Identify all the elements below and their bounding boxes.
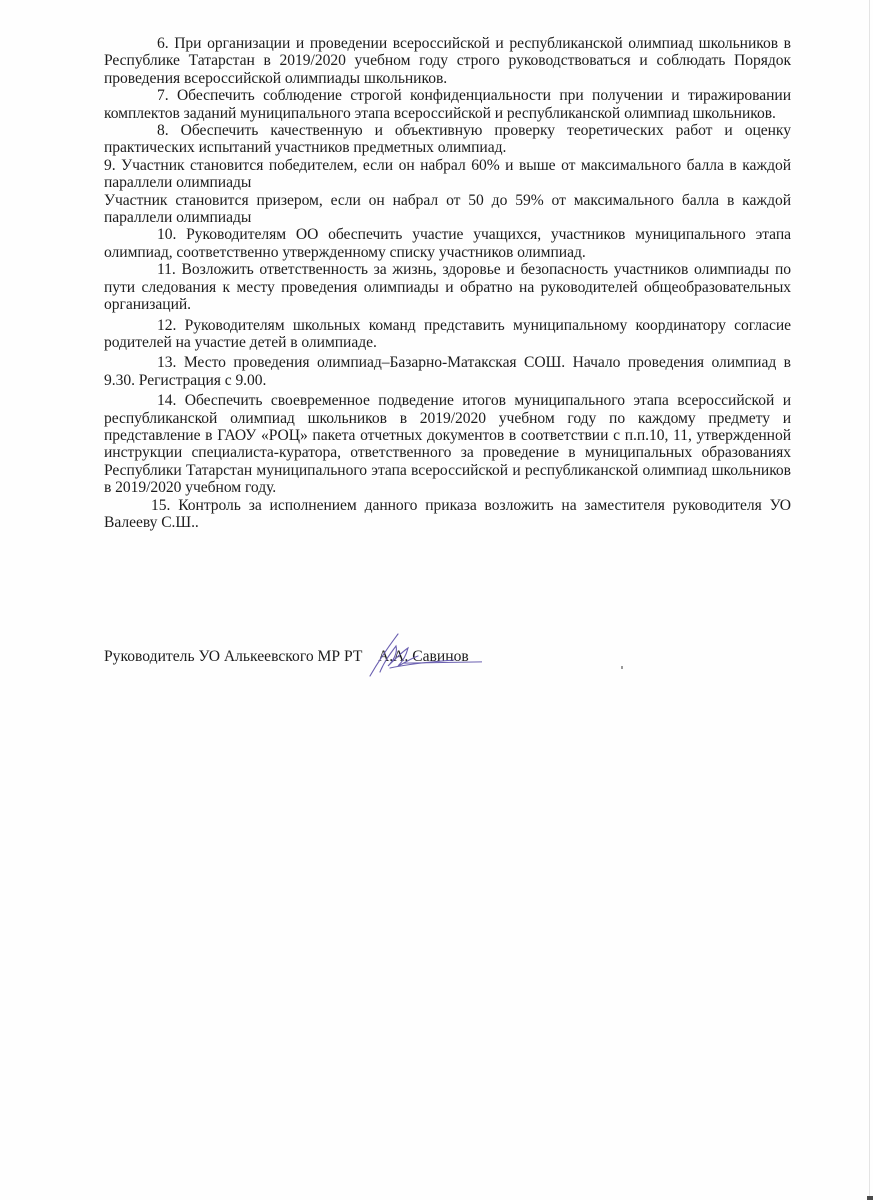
paragraph-8: 8. Обеспечить качественную и объективную… — [104, 122, 791, 157]
paragraph-6: 6. При организации и проведении всеросси… — [104, 35, 791, 87]
paragraph-15: 15. Контроль за исполнением данного прик… — [104, 497, 791, 532]
scan-edge-line — [869, 0, 870, 1200]
paragraph-13: 13. Место проведения олимпиад–Базарно-Ма… — [104, 354, 791, 389]
paragraph-14: 14. Обеспечить своевременное подведение … — [104, 392, 791, 496]
paragraph-7: 7. Обеспечить соблюдение строгой конфиде… — [104, 87, 791, 122]
signatory-position: Руководитель УО Алькеевского МР РТ — [104, 648, 362, 665]
scan-corner-mark — [867, 1196, 873, 1200]
paragraph-12: 12. Руководителям школьных команд предст… — [104, 317, 791, 352]
scan-speck — [621, 666, 623, 669]
paragraph-9-prize-winner: Участник становится призером, если он на… — [104, 192, 791, 227]
handwritten-signature-icon — [368, 632, 458, 682]
paragraph-10: 10. Руководителям ОО обеспечить участие … — [104, 226, 791, 261]
paragraph-9: 9. Участник становится победителем, если… — [104, 157, 791, 192]
document-body: 6. При организации и проведении всеросси… — [104, 35, 791, 531]
paragraph-11: 11. Возложить ответственность за жизнь, … — [104, 261, 791, 313]
